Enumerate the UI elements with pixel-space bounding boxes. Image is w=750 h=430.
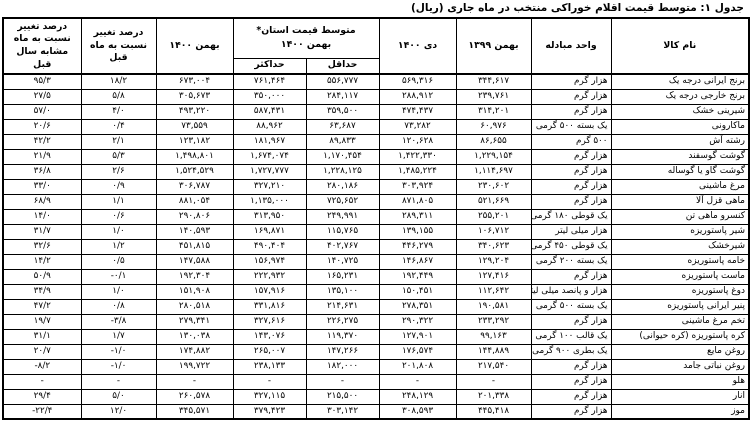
cell-bahman99: ۳۱۴,۲۰۱ (456, 104, 531, 119)
cell-pct_prev_month: ۵/۳ (81, 149, 156, 164)
cell-dey1400: ۱۷۶,۵۷۴ (379, 344, 456, 359)
table-body: برنج ایرانی درجه یکهزار گرم۳۴۴,۶۱۷۵۶۹,۳۱… (3, 74, 749, 419)
cell-pct_prev_month: ۰/۵ (81, 254, 156, 269)
cell-dey1400: ۱,۴۲۲,۳۳۰ (379, 149, 456, 164)
cell-bahman99: ۶۰,۹۷۶ (456, 119, 531, 134)
table-row: رشته آش۵۰۰ گرم۸۶,۶۵۵۱۲۰,۶۲۸۸۹,۸۳۳۱۸۱,۹۶۷… (3, 134, 749, 149)
cell-unit: یک قوطی ۱۸۰ گرمی (531, 209, 611, 224)
cell-item: روغن مایع (611, 344, 749, 359)
cell-item: خامه پاستوریزه (611, 254, 749, 269)
cell-max: ۳۳۱,۸۱۶ (233, 299, 306, 314)
cell-dey1400: ۲۴۸,۱۲۹ (379, 389, 456, 404)
document-page: جدول ۱: متوسط قیمت اقلام خوراکی منتخب در… (0, 0, 750, 430)
cell-pct_prev_month: ۱/۱ (81, 194, 156, 209)
table-row: موزهزار گرم۴۴۵,۴۱۸۳۰۸,۵۹۳۳۰۳,۱۴۲۳۷۹,۴۲۳۳… (3, 404, 749, 419)
cell-max: - (233, 374, 306, 389)
cell-dey1400: ۱۲۷,۹۰۱ (379, 329, 456, 344)
cell-bahman1400: - (156, 374, 233, 389)
cell-pct_yoy: ۳۱/۱ (3, 329, 81, 344)
cell-bahman1400: ۸۸۱,۰۵۴ (156, 194, 233, 209)
cell-min: ۱۱۵,۷۶۵ (306, 224, 379, 239)
cell-max: ۴۹۰,۴۰۴ (233, 239, 306, 254)
cell-min: ۳۰۳,۱۴۲ (306, 404, 379, 419)
cell-unit: هزار گرم (531, 359, 611, 374)
cell-dey1400: ۴۷۴,۴۳۷ (379, 104, 456, 119)
cell-bahman99: ۱,۱۱۴,۶۹۷ (456, 164, 531, 179)
table-row: تخم مرغ ماشینیهزار گرم۲۳۳,۲۹۲۲۹۰,۳۲۲۲۲۶,… (3, 314, 749, 329)
cell-bahman1400: ۳۰۵,۶۷۳ (156, 89, 233, 104)
cell-bahman1400: ۱۹۲,۳۰۴ (156, 269, 233, 284)
cell-dey1400: ۱,۴۸۵,۲۲۴ (379, 164, 456, 179)
cell-max: ۳۷۹,۴۲۳ (233, 404, 306, 419)
cell-unit: هزار گرم (531, 194, 611, 209)
province-average-line2: بهمن ۱۴۰۰ (236, 38, 377, 52)
table-row: شیرخشکیک قوطی ۴۵۰ گرمی۳۴۰,۶۲۳۴۴۶,۲۷۹۴۰۲,… (3, 239, 749, 254)
cell-unit: هزار گرم (531, 179, 611, 194)
cell-pct_yoy: ۱۴/۲ (3, 254, 81, 269)
cell-unit: ۵۰۰ گرم (531, 134, 611, 149)
cell-min: ۶۳,۶۸۷ (306, 119, 379, 134)
table-row: پنیر ایرانی پاستوریزهیک بسته ۵۰۰ گرمی۱۹۰… (3, 299, 749, 314)
table-row: ماکارونییک بسته ۵۰۰ گرمی۶۰,۹۷۶۷۳,۲۸۲۶۳,۶… (3, 119, 749, 134)
cell-max: ۵۸۷,۴۳۱ (233, 104, 306, 119)
cell-max: ۳۵۰,۰۰۰ (233, 89, 306, 104)
cell-min: ۱۴۰,۷۲۵ (306, 254, 379, 269)
cell-bahman1400: ۲۷۹,۳۴۱ (156, 314, 233, 329)
table-row: روغن نباتی جامدهزار گرم۲۱۷,۵۴۰۲۰۱,۸۰۸۱۸۲… (3, 359, 749, 374)
cell-max: ۷۶۱,۴۶۴ (233, 74, 306, 89)
cell-bahman1400: ۲۸۰,۵۱۸ (156, 299, 233, 314)
table-row: روغن مایعیک بطری ۹۰۰ گرمی۱۴۴,۸۸۹۱۷۶,۵۷۴۱… (3, 344, 749, 359)
cell-dey1400: ۱۹۲,۴۴۹ (379, 269, 456, 284)
cell-item: برنج ایرانی درجه یک (611, 74, 749, 89)
cell-dey1400: ۱۳۹,۱۵۵ (379, 224, 456, 239)
cell-min: ۸۹,۸۳۳ (306, 134, 379, 149)
cell-item: ماهی قزل آلا (611, 194, 749, 209)
cell-bahman1400: ۱۳۰,۰۳۸ (156, 329, 233, 344)
cell-dey1400: ۱۲۰,۶۲۸ (379, 134, 456, 149)
cell-bahman99: ۱۲۹,۲۰۴ (456, 254, 531, 269)
cell-min: ۲۱۴,۶۳۱ (306, 299, 379, 314)
cell-bahman1400: ۴۹۳,۲۲۰ (156, 104, 233, 119)
cell-bahman1400: ۷۳,۵۵۹ (156, 119, 233, 134)
table-row: ماست پاستوریزههزار گرم۱۲۷,۴۱۶۱۹۲,۴۴۹۱۶۵,… (3, 269, 749, 284)
cell-bahman1400: ۶۷۳,۰۰۴ (156, 74, 233, 89)
cell-pct_yoy: ۹۵/۳ (3, 74, 81, 89)
cell-unit: هزار گرم (531, 269, 611, 284)
cell-pct_yoy: ۳۲/۶ (3, 239, 81, 254)
cell-unit: هزار گرم (531, 89, 611, 104)
cell-min: ۲۲۶,۲۷۵ (306, 314, 379, 329)
table-row: کنسرو ماهی تنیک قوطی ۱۸۰ گرمی۲۵۵,۲۰۱۲۸۹,… (3, 209, 749, 224)
cell-max: ۳۲۷,۱۱۵ (233, 389, 306, 404)
cell-pct_prev_month: ۵/۸ (81, 89, 156, 104)
cell-pct_prev_month: ۱/۲ (81, 239, 156, 254)
cell-bahman99: ۲۳۹,۷۶۱ (456, 89, 531, 104)
cell-pct_prev_month: ۰/۴ (81, 119, 156, 134)
cell-item: روغن نباتی جامد (611, 359, 749, 374)
cell-dey1400: - (379, 374, 456, 389)
cell-dey1400: ۱۴۶,۸۶۷ (379, 254, 456, 269)
cell-pct_prev_month: ۱۸/۲ (81, 74, 156, 89)
table-row: هلوهزار گرم------- (3, 374, 749, 389)
cell-item: کنسرو ماهی تن (611, 209, 749, 224)
cell-dey1400: ۴۴۶,۲۷۹ (379, 239, 456, 254)
cell-item: تخم مرغ ماشینی (611, 314, 749, 329)
cell-max: ۱,۷۲۷,۷۷۷ (233, 164, 306, 179)
cell-item: برنج خارجی درجه یک (611, 89, 749, 104)
cell-pct_yoy: ۳۴/۹ (3, 284, 81, 299)
cell-pct_prev_month: ۱۲/۰ (81, 404, 156, 419)
cell-pct_yoy: ۵۷/۰ (3, 104, 81, 119)
cell-min: ۲۱۵,۵۰۰ (306, 389, 379, 404)
cell-pct_yoy: ۱۹/۷ (3, 314, 81, 329)
cell-pct_prev_month: ۲/۶ (81, 164, 156, 179)
col-header-province-average: متوسط قیمت استان* بهمن ۱۴۰۰ (233, 18, 379, 58)
cell-bahman99: ۱۴۴,۸۸۹ (456, 344, 531, 359)
cell-item: ماست پاستوریزه (611, 269, 749, 284)
cell-min: ۲۸۴,۱۱۷ (306, 89, 379, 104)
cell-min: ۱۱۹,۳۷۰ (306, 329, 379, 344)
col-header-dey1400: دی ۱۴۰۰ (379, 18, 456, 74)
cell-pct_prev_month: ۰/۸ (81, 299, 156, 314)
cell-pct_prev_month: ۱/۰ (81, 224, 156, 239)
cell-bahman1400: ۳۴۵,۵۷۱ (156, 404, 233, 419)
cell-bahman99: ۳۴۰,۶۲۳ (456, 239, 531, 254)
cell-pct_yoy: ۲۰/۶ (3, 119, 81, 134)
cell-item: شیرینی خشک (611, 104, 749, 119)
cell-pct_yoy: ۵۰/۹ (3, 269, 81, 284)
col-header-bahman99: بهمن ۱۳۹۹ (456, 18, 531, 74)
table-row: گوشت گوسفندهزار گرم۱,۲۲۹,۱۵۴۱,۴۲۲,۳۳۰۱,۱… (3, 149, 749, 164)
cell-unit: یک بسته ۵۰۰ گرمی (531, 299, 611, 314)
cell-dey1400: ۲۹۰,۳۲۲ (379, 314, 456, 329)
table-row: برنج ایرانی درجه یکهزار گرم۳۴۴,۶۱۷۵۶۹,۳۱… (3, 74, 749, 89)
col-header-max: حداکثر (233, 58, 306, 74)
cell-min: ۷۲۵,۶۵۲ (306, 194, 379, 209)
cell-item: گوشت گوسفند (611, 149, 749, 164)
cell-min: ۵۵۶,۷۷۷ (306, 74, 379, 89)
table-row: کره پاستوریزه (کره حیوانی)یک قالب ۱۰۰ گر… (3, 329, 749, 344)
cell-pct_yoy: -۸/۲ (3, 359, 81, 374)
cell-bahman99: ۱,۲۲۹,۱۵۴ (456, 149, 531, 164)
table-row: انارهزار گرم۲۰۱,۳۳۸۲۴۸,۱۲۹۲۱۵,۵۰۰۳۲۷,۱۱۵… (3, 389, 749, 404)
cell-bahman99: ۳۴۴,۶۱۷ (456, 74, 531, 89)
cell-dey1400: ۲۷۸,۳۵۱ (379, 299, 456, 314)
cell-max: ۱۴۳,۰۷۶ (233, 329, 306, 344)
cell-max: ۱۶۹,۸۷۱ (233, 224, 306, 239)
cell-min: - (306, 374, 379, 389)
cell-bahman1400: ۱,۵۲۴,۵۲۹ (156, 164, 233, 179)
cell-pct_prev_month: ۱/۰ (81, 284, 156, 299)
cell-bahman99: ۲۳۰,۶۰۲ (456, 179, 531, 194)
cell-pct_yoy: ۱۴/۰ (3, 209, 81, 224)
cell-dey1400: ۷۳,۲۸۲ (379, 119, 456, 134)
col-header-bahman1400: بهمن ۱۴۰۰ (156, 18, 233, 74)
cell-unit: هزار گرم (531, 389, 611, 404)
cell-item: پنیر ایرانی پاستوریزه (611, 299, 749, 314)
cell-bahman1400: ۱۹۹,۷۲۲ (156, 359, 233, 374)
cell-pct_prev_month: -۱/۰ (81, 359, 156, 374)
cell-min: ۱,۱۷۰,۴۵۴ (306, 149, 379, 164)
cell-unit: یک بسته ۵۰۰ گرمی (531, 119, 611, 134)
table-title: جدول ۱: متوسط قیمت اقلام خوراکی منتخب در… (2, 0, 748, 17)
cell-unit: یک قالب ۱۰۰ گرمی (531, 329, 611, 344)
cell-min: ۴۰۲,۷۶۷ (306, 239, 379, 254)
cell-bahman1400: ۲۶۰,۵۷۸ (156, 389, 233, 404)
cell-unit: هزار گرم (531, 104, 611, 119)
cell-pct_yoy: ۲۰/۷ (3, 344, 81, 359)
cell-item: گوشت گاو یا گوساله (611, 164, 749, 179)
col-header-pct-yoy: درصد تغییر نسبت به ماه مشابه سال قبل (3, 18, 81, 74)
cell-unit: یک قوطی ۴۵۰ گرمی (531, 239, 611, 254)
cell-bahman99: - (456, 374, 531, 389)
cell-item: ماکارونی (611, 119, 749, 134)
cell-min: ۲۴۹,۹۹۱ (306, 209, 379, 224)
cell-unit: هزار گرم (531, 164, 611, 179)
cell-bahman1400: ۲۹۰,۸۰۶ (156, 209, 233, 224)
cell-pct_yoy: ۳۶/۸ (3, 164, 81, 179)
cell-min: ۲۸۰,۱۸۶ (306, 179, 379, 194)
cell-bahman99: ۲۳۳,۲۹۲ (456, 314, 531, 329)
cell-max: ۲۲۲,۹۳۲ (233, 269, 306, 284)
cell-pct_yoy: ۴۲/۲ (3, 134, 81, 149)
table-row: شیر پاستوریزههزار میلی لیتر۱۰۶,۷۱۲۱۳۹,۱۵… (3, 224, 749, 239)
cell-min: ۱۳۵,۱۰۰ (306, 284, 379, 299)
col-header-pct-prev-month: درصد تغییر نسبت به ماه قبل (81, 18, 156, 74)
cell-unit: هزار گرم (531, 314, 611, 329)
cell-pct_yoy: ۲۱/۹ (3, 149, 81, 164)
cell-bahman99: ۸۶,۶۵۵ (456, 134, 531, 149)
cell-pct_prev_month: -۱/۰ (81, 344, 156, 359)
cell-pct_prev_month: ۱/۷ (81, 329, 156, 344)
cell-min: ۱۴۷,۲۶۶ (306, 344, 379, 359)
cell-pct_yoy: ۴۷/۲ (3, 299, 81, 314)
table-row: دوغ پاستوریزههزار و پانصد میلی لیتر۱۱۲,۶… (3, 284, 749, 299)
cell-pct_yoy: ۳۳/۰ (3, 179, 81, 194)
cell-item: کره پاستوریزه (کره حیوانی) (611, 329, 749, 344)
cell-dey1400: ۳۰۳,۹۲۴ (379, 179, 456, 194)
cell-max: ۸۸,۹۶۲ (233, 119, 306, 134)
cell-dey1400: ۲۸۹,۳۱۱ (379, 209, 456, 224)
cell-item: شیرخشک (611, 239, 749, 254)
cell-max: ۲۳۸,۱۳۳ (233, 359, 306, 374)
province-average-line1: متوسط قیمت استان* (236, 24, 377, 38)
col-header-item: نام کالا (611, 18, 749, 74)
cell-min: ۱۸۲,۰۰۰ (306, 359, 379, 374)
cell-dey1400: ۲۰۱,۸۰۸ (379, 359, 456, 374)
cell-item: هلو (611, 374, 749, 389)
cell-min: ۱۶۵,۲۳۱ (306, 269, 379, 284)
cell-bahman1400: ۳۰۶,۷۸۷ (156, 179, 233, 194)
cell-unit: هزار گرم (531, 374, 611, 389)
cell-bahman1400: ۴۵۱,۸۱۵ (156, 239, 233, 254)
cell-pct_prev_month: -۰/۱ (81, 269, 156, 284)
cell-bahman99: ۲۵۵,۲۰۱ (456, 209, 531, 224)
cell-max: ۲۶۵,۰۰۷ (233, 344, 306, 359)
cell-pct_yoy: ۳۱/۷ (3, 224, 81, 239)
cell-item: موز (611, 404, 749, 419)
cell-pct_yoy: ۶۸/۹ (3, 194, 81, 209)
cell-item: مرغ ماشینی (611, 179, 749, 194)
cell-bahman1400: ۱,۴۹۸,۸۰۱ (156, 149, 233, 164)
cell-bahman99: ۱۲۷,۴۱۶ (456, 269, 531, 284)
cell-bahman99: ۵۲۱,۶۶۹ (456, 194, 531, 209)
cell-pct_prev_month: ۲/۱ (81, 134, 156, 149)
cell-unit: هزار گرم (531, 404, 611, 419)
cell-max: ۱۸۱,۹۶۷ (233, 134, 306, 149)
cell-pct_yoy: - (3, 374, 81, 389)
cell-max: ۱۵۷,۹۱۶ (233, 284, 306, 299)
cell-dey1400: ۵۶۹,۳۱۶ (379, 74, 456, 89)
cell-min: ۳۵۹,۵۰۰ (306, 104, 379, 119)
cell-pct_prev_month: - (81, 374, 156, 389)
cell-bahman1400: ۱۲۳,۱۸۲ (156, 134, 233, 149)
cell-bahman99: ۱۱۲,۶۴۲ (456, 284, 531, 299)
cell-pct_prev_month: ۴/۰ (81, 104, 156, 119)
cell-bahman99: ۹۹,۱۶۳ (456, 329, 531, 344)
cell-item: دوغ پاستوریزه (611, 284, 749, 299)
table-row: مرغ ماشینیهزار گرم۲۳۰,۶۰۲۳۰۳,۹۲۴۲۸۰,۱۸۶۳… (3, 179, 749, 194)
cell-dey1400: ۲۸۸,۹۱۲ (379, 89, 456, 104)
cell-dey1400: ۳۰۸,۵۹۳ (379, 404, 456, 419)
cell-max: ۳۱۳,۹۵۰ (233, 209, 306, 224)
cell-pct_prev_month: -۳/۸ (81, 314, 156, 329)
cell-bahman1400: ۱۷۴,۸۸۲ (156, 344, 233, 359)
cell-bahman1400: ۱۴۷,۵۸۸ (156, 254, 233, 269)
cell-unit: یک بسته ۲۰۰ گرمی (531, 254, 611, 269)
cell-bahman99: ۲۱۷,۵۴۰ (456, 359, 531, 374)
cell-dey1400: ۸۷۱,۸۰۵ (379, 194, 456, 209)
cell-bahman99: ۱۰۶,۷۱۲ (456, 224, 531, 239)
cell-unit: هزار میلی لیتر (531, 224, 611, 239)
cell-unit: یک بطری ۹۰۰ گرمی (531, 344, 611, 359)
cell-unit: هزار گرم (531, 149, 611, 164)
table-row: شیرینی خشکهزار گرم۳۱۴,۲۰۱۴۷۴,۴۳۷۳۵۹,۵۰۰۵… (3, 104, 749, 119)
col-header-min: حداقل (306, 58, 379, 74)
cell-pct_prev_month: ۵/۰ (81, 389, 156, 404)
cell-bahman99: ۲۰۱,۳۳۸ (456, 389, 531, 404)
cell-max: ۱,۶۷۴,۰۷۴ (233, 149, 306, 164)
food-price-table: نام کالا واحد مبادله بهمن ۱۳۹۹ دی ۱۴۰۰ م… (2, 17, 750, 420)
cell-unit: هزار گرم (531, 74, 611, 89)
table-row: برنج خارجی درجه یکهزار گرم۲۳۹,۷۶۱۲۸۸,۹۱۲… (3, 89, 749, 104)
cell-bahman1400: ۱۵۱,۹۰۸ (156, 284, 233, 299)
table-row: ماهی قزل آلاهزار گرم۵۲۱,۶۶۹۸۷۱,۸۰۵۷۲۵,۶۵… (3, 194, 749, 209)
cell-max: ۱۵۶,۹۷۴ (233, 254, 306, 269)
cell-pct_yoy: ۲۹/۴ (3, 389, 81, 404)
table-row: خامه پاستوریزهیک بسته ۲۰۰ گرمی۱۲۹,۲۰۴۱۴۶… (3, 254, 749, 269)
table-header: نام کالا واحد مبادله بهمن ۱۳۹۹ دی ۱۴۰۰ م… (3, 18, 749, 74)
cell-pct_yoy: ۲۷/۵ (3, 89, 81, 104)
col-header-unit: واحد مبادله (531, 18, 611, 74)
cell-min: ۱,۲۲۸,۱۲۵ (306, 164, 379, 179)
cell-bahman1400: ۱۴۰,۵۹۳ (156, 224, 233, 239)
cell-pct_yoy: -۲۲/۴ (3, 404, 81, 419)
cell-unit: هزار و پانصد میلی لیتر (531, 284, 611, 299)
cell-item: انار (611, 389, 749, 404)
cell-pct_prev_month: ۰/۹ (81, 179, 156, 194)
cell-max: ۳۲۷,۲۱۰ (233, 179, 306, 194)
cell-dey1400: ۱۵۰,۴۵۱ (379, 284, 456, 299)
cell-bahman99: ۴۴۵,۴۱۸ (456, 404, 531, 419)
cell-item: رشته آش (611, 134, 749, 149)
cell-max: ۳۲۷,۶۱۶ (233, 314, 306, 329)
cell-max: ۱,۱۳۵,۰۰۰ (233, 194, 306, 209)
table-row: گوشت گاو یا گوسالههزار گرم۱,۱۱۴,۶۹۷۱,۴۸۵… (3, 164, 749, 179)
cell-pct_prev_month: ۰/۶ (81, 209, 156, 224)
cell-bahman99: ۱۹۰,۵۸۱ (456, 299, 531, 314)
cell-item: شیر پاستوریزه (611, 224, 749, 239)
